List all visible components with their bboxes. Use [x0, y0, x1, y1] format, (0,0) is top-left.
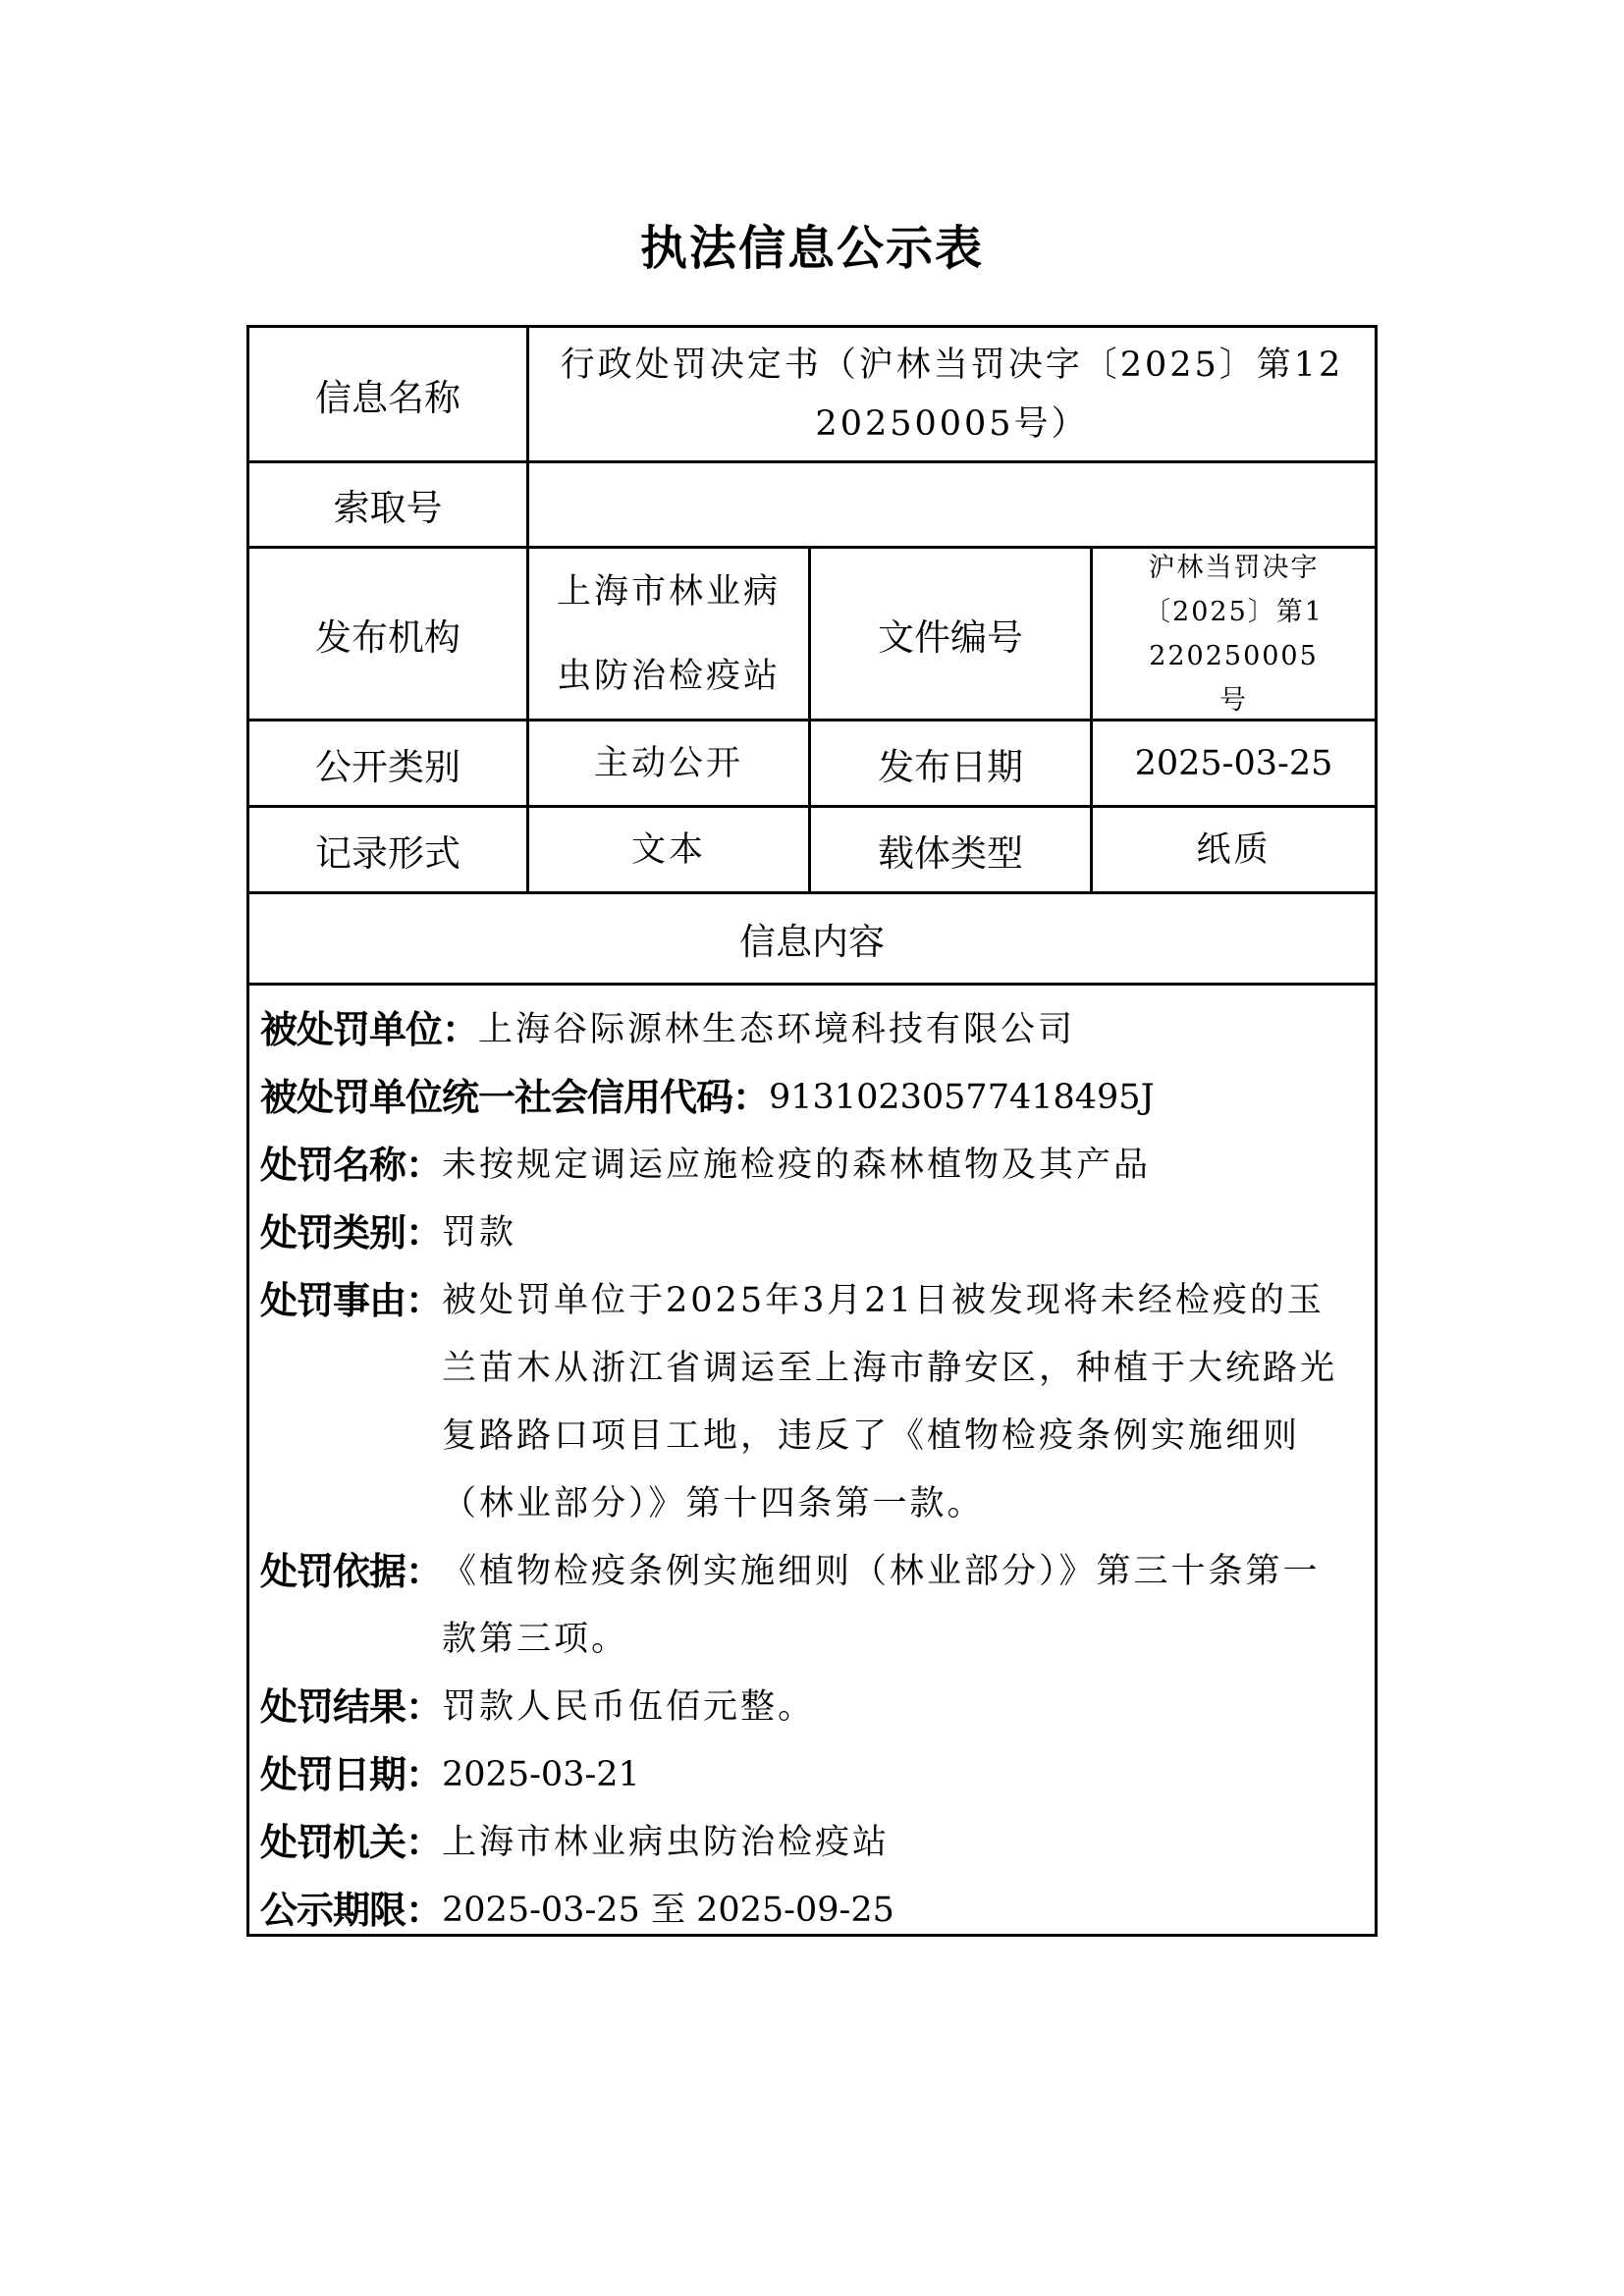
carrier-type-value: 纸质	[1093, 808, 1375, 891]
publish-date-value: 2025-03-25	[1093, 721, 1375, 805]
content-key: 处罚结果：	[260, 1674, 442, 1741]
content-key: 处罚日期：	[260, 1741, 442, 1809]
content-value: 罚款人民币伍佰元整。	[442, 1674, 815, 1741]
content-key: 被处罚单位：	[260, 996, 478, 1064]
publisher-value: 上海市林业病虫防治检疫站	[553, 550, 785, 719]
content-key: 处罚机关：	[260, 1809, 442, 1877]
info-name-label: 信息名称	[249, 328, 526, 460]
page-title: 执法信息公示表	[0, 210, 1624, 278]
content-item-penalty-basis: 处罚依据： 《植物检疫条例实施细则（林业部分）》第三十条第一款第三项。	[260, 1538, 1370, 1674]
content-item-penalty-authority: 处罚机关： 上海市林业病虫防治检疫站	[260, 1809, 1370, 1877]
content-key: 公示期限：	[260, 1877, 442, 1945]
doc-no-label: 文件编号	[811, 549, 1090, 719]
content-key: 处罚名称：	[260, 1132, 442, 1200]
content-item-penalty-name: 处罚名称： 未按规定调运应施检疫的森林植物及其产品	[260, 1132, 1370, 1200]
content-value: 上海市林业病虫防治检疫站	[442, 1809, 890, 1877]
content-body: 被处罚单位： 上海谷际源林生态环境科技有限公司 被处罚单位统一社会信用代码： 9…	[260, 996, 1370, 1945]
info-name-value: 行政处罚决定书（沪林当罚决字〔2025〕第1220250005号）	[560, 336, 1345, 454]
content-value: 罚款	[442, 1200, 516, 1267]
content-item-penalty-category: 处罚类别： 罚款	[260, 1200, 1370, 1267]
content-value: 上海谷际源林生态环境科技有限公司	[478, 996, 1075, 1064]
publisher-value-cell: 上海市林业病虫防治检疫站	[529, 549, 808, 719]
content-item-credit-code: 被处罚单位统一社会信用代码： 91310230577418495J	[260, 1064, 1370, 1132]
content-value: 2025-03-25 至 2025-09-25	[442, 1877, 894, 1945]
publish-date-label: 发布日期	[811, 721, 1090, 805]
index-no-value	[529, 463, 1375, 546]
content-value: 《植物检疫条例实施细则（林业部分）》第三十条第一款第三项。	[442, 1538, 1350, 1674]
content-item-penalty-result: 处罚结果： 罚款人民币伍佰元整。	[260, 1674, 1370, 1741]
content-value: 91310230577418495J	[769, 1064, 1155, 1132]
doc-no-value: 沪林当罚决字〔2025〕第1220250005号	[1141, 546, 1327, 722]
carrier-type-label: 载体类型	[811, 808, 1090, 891]
content-key: 处罚事由：	[260, 1267, 442, 1335]
content-item-disclosure-period: 公示期限： 2025-03-25 至 2025-09-25	[260, 1877, 1370, 1945]
content-value: 被处罚单位于2025年3月21日被发现将未经检疫的玉兰苗木从浙江省调运至上海市静…	[442, 1267, 1350, 1538]
index-no-label: 索取号	[249, 463, 526, 546]
content-key: 处罚类别：	[260, 1200, 442, 1267]
content-item-penalty-reason: 处罚事由： 被处罚单位于2025年3月21日被发现将未经检疫的玉兰苗木从浙江省调…	[260, 1267, 1370, 1538]
record-form-value: 文本	[529, 808, 808, 891]
content-item-penalized-entity: 被处罚单位： 上海谷际源林生态环境科技有限公司	[260, 996, 1370, 1064]
content-key: 处罚依据：	[260, 1538, 442, 1606]
doc-no-value-cell: 沪林当罚决字〔2025〕第1220250005号	[1093, 549, 1375, 719]
content-value: 2025-03-21	[442, 1741, 640, 1809]
row-divider	[246, 983, 1378, 986]
content-header: 信息内容	[249, 894, 1375, 983]
disclosure-type-label: 公开类别	[249, 721, 526, 805]
content-item-penalty-date: 处罚日期： 2025-03-21	[260, 1741, 1370, 1809]
content-value: 未按规定调运应施检疫的森林植物及其产品	[442, 1132, 1151, 1200]
info-name-value-cell: 行政处罚决定书（沪林当罚决字〔2025〕第1220250005号）	[529, 328, 1375, 460]
record-form-label: 记录形式	[249, 808, 526, 891]
publisher-label: 发布机构	[249, 549, 526, 719]
disclosure-type-value: 主动公开	[529, 721, 808, 805]
content-key: 被处罚单位统一社会信用代码：	[260, 1064, 769, 1132]
